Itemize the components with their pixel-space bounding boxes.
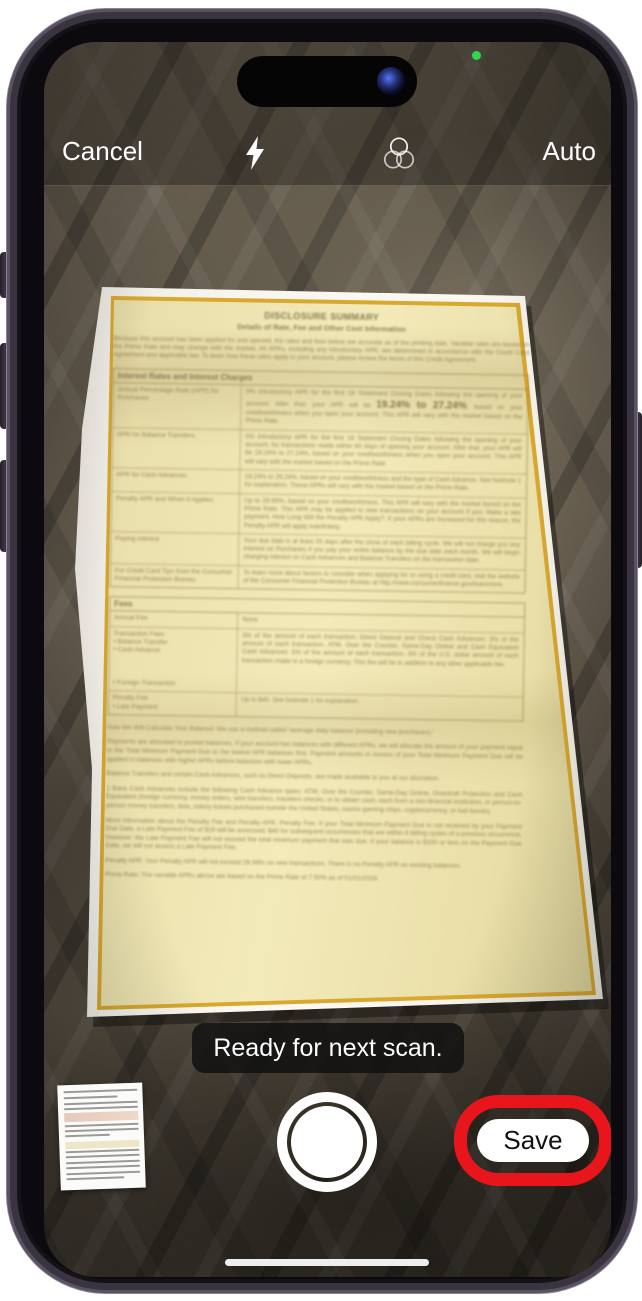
scanned-document: DISCLOSURE SUMMARY Details of Rate, Fee … <box>91 300 542 1007</box>
camera-viewfinder: DISCLOSURE SUMMARY Details of Rate, Fee … <box>44 42 611 1277</box>
auto-mode-button[interactable]: Auto <box>543 136 597 166</box>
toast-text: Ready for next scan. <box>213 1034 442 1063</box>
rates-table: Interest Rates and Interest Charges Annu… <box>109 368 528 594</box>
apr-range: 19.24% to 27.24% <box>376 399 467 411</box>
flash-bolt-icon <box>243 146 267 176</box>
scan-status-toast: Ready for next scan. <box>192 1023 464 1073</box>
thumbnail-highlight-band <box>64 1111 138 1123</box>
document-intro: Because this account has been applied fo… <box>113 335 529 366</box>
front-camera-icon <box>377 67 405 95</box>
document-paragraph: 1 Bank Cash Advances include the followi… <box>106 785 522 817</box>
shutter-button-inner <box>291 1106 363 1178</box>
save-button[interactable]: Save <box>477 1119 589 1162</box>
document-paragraph: Prime Rate: The variable APRs above are … <box>105 872 521 887</box>
home-indicator[interactable] <box>225 1259 429 1266</box>
fees-table: Fees Annual Fee None Transaction Fees • … <box>107 597 525 722</box>
scan-thumbnail[interactable] <box>57 1083 146 1191</box>
camera-active-indicator <box>472 51 481 60</box>
document-paragraph: Payments are allocated to posted balance… <box>107 739 523 771</box>
document-paragraph: More Information about the Penalty Fee a… <box>105 817 521 858</box>
filters-button[interactable] <box>380 136 418 178</box>
table-row: Penalty APR and When It Applies Up to 29… <box>111 492 526 539</box>
table-row: APR for Balance Transfers 0% introductor… <box>112 428 527 475</box>
cancel-button[interactable]: Cancel <box>62 136 143 166</box>
save-button-label: Save <box>503 1125 562 1156</box>
table-row: Annual Percentage Rate (APR) for Purchas… <box>113 383 528 434</box>
shutter-button[interactable] <box>277 1092 377 1192</box>
flash-button[interactable] <box>243 136 267 176</box>
document-paragraph: How We Will Calculate Your Balance: We u… <box>107 724 523 739</box>
iphone-frame: DISCLOSURE SUMMARY Details of Rate, Fee … <box>6 8 638 1294</box>
dynamic-island <box>237 56 417 107</box>
filters-circles-icon <box>380 148 418 178</box>
table-row: Transaction Fees • Balance Transfer • Ca… <box>109 627 524 698</box>
document-paragraph: Penalty APR: Your Penalty APR will not e… <box>105 857 521 872</box>
document-paragraph: Balance Transfers and certain Cash Advan… <box>106 770 522 785</box>
